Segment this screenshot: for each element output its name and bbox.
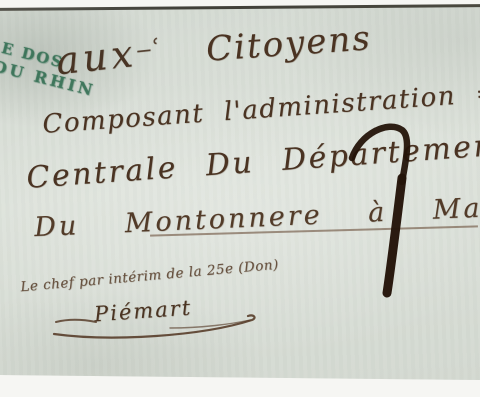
photo-frame: E DOS DU RHIN aux‒ʿ Citoyens Composant l…: [0, 0, 480, 397]
postage-due-mark: 7: [336, 110, 426, 305]
postage-due-stroke-icon: [336, 110, 426, 305]
annotation-text: aux: [54, 31, 139, 83]
pen-flourish-icon: ‒ʿ: [135, 34, 160, 64]
signature-underline-flourish-icon: [52, 306, 262, 346]
